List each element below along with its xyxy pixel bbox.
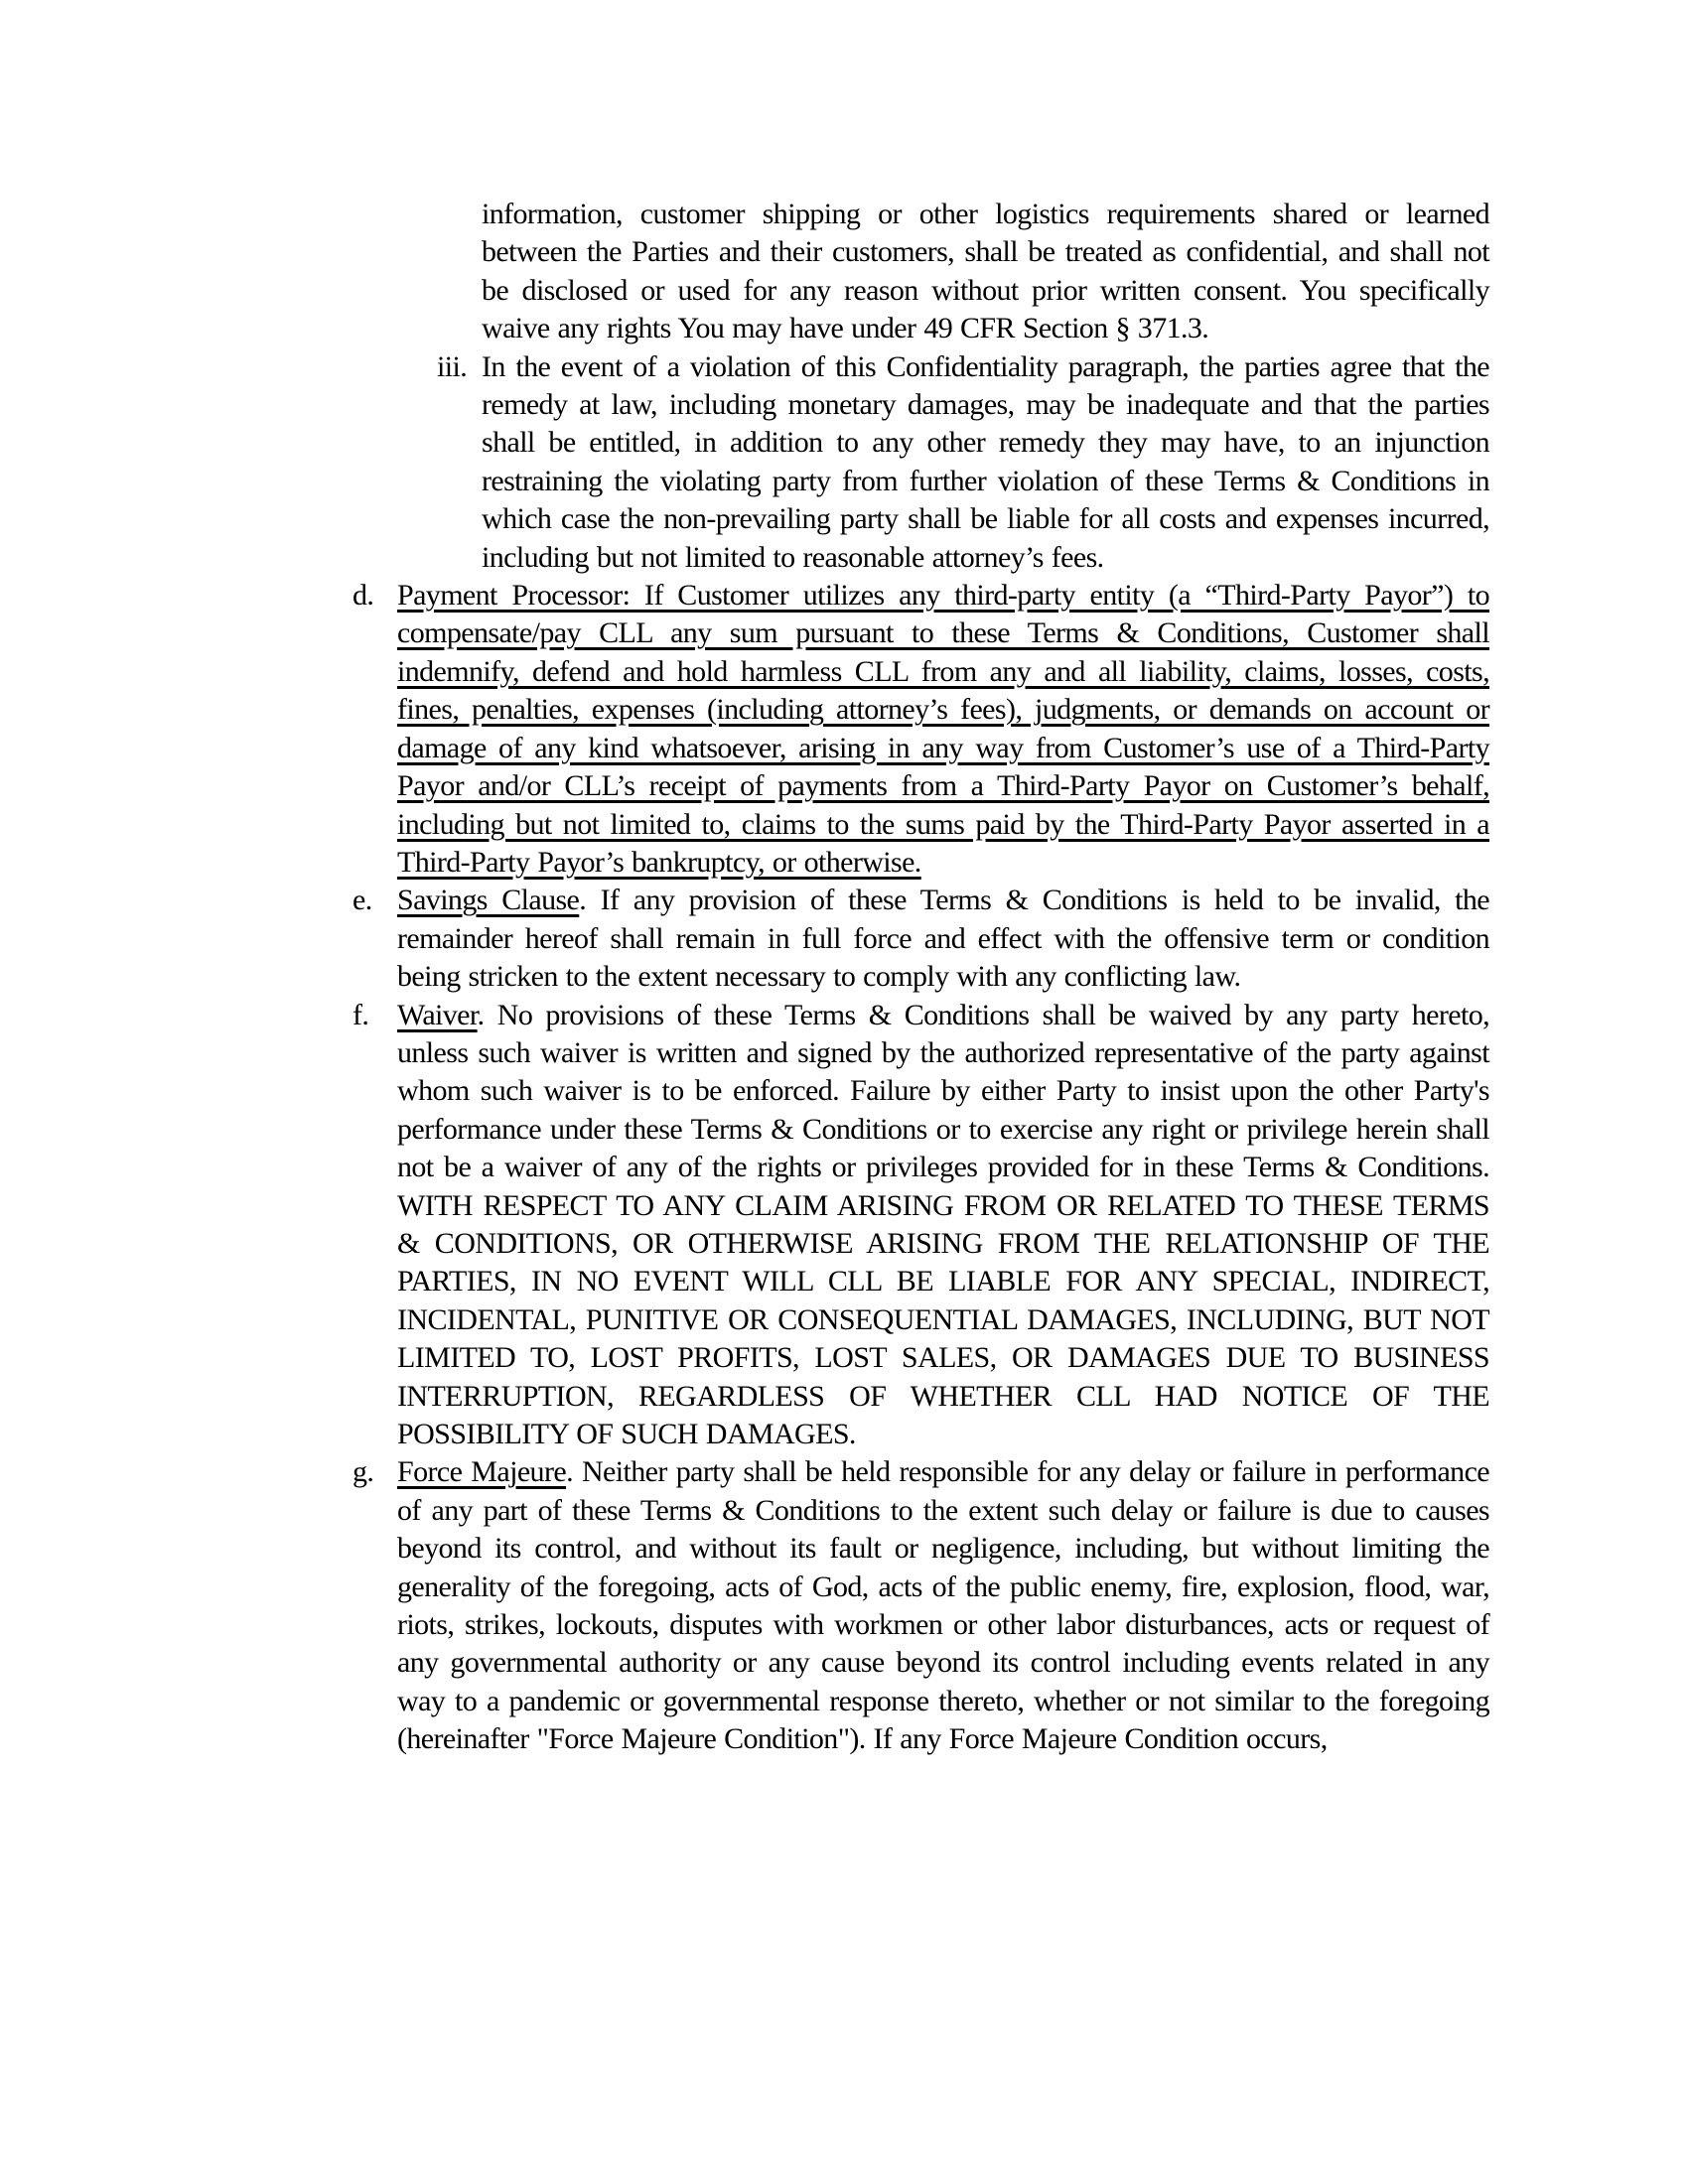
list-item-iii: iii.In the event of a violation of this … — [482, 348, 1489, 577]
paragraph-text: In the event of a violation of this Conf… — [482, 350, 1489, 574]
paragraph-continuation: information, customer shipping or other … — [482, 196, 1489, 348]
paragraph-text: Payment Processor: If Customer utilizes … — [397, 579, 1489, 879]
paragraph-text: . Neither party shall be held responsibl… — [397, 1455, 1489, 1755]
list-item-f: f.Waiver. No provisions of these Terms &… — [397, 997, 1489, 1454]
paragraph-text: information, customer shipping or other … — [482, 198, 1489, 344]
document-page: information, customer shipping or other … — [0, 0, 1688, 2184]
document-body: information, customer shipping or other … — [0, 196, 1489, 1759]
list-item-label: g. — [352, 1453, 373, 1491]
list-item-label: d. — [352, 577, 373, 614]
section-heading: Force Majeure — [397, 1455, 566, 1488]
list-item-e: e.Savings Clause. If any provision of th… — [397, 882, 1489, 996]
list-item-d: d.Payment Processor: If Customer utilize… — [397, 577, 1489, 882]
list-item-label: e. — [352, 882, 372, 919]
list-item-g: g.Force Majeure. Neither party shall be … — [397, 1453, 1489, 1758]
paragraph-text: . No provisions of these Terms & Conditi… — [397, 999, 1489, 1450]
section-heading: Savings Clause — [397, 884, 579, 916]
section-heading: Waiver — [397, 999, 478, 1031]
list-item-label: iii. — [437, 348, 467, 386]
list-item-label: f. — [352, 997, 368, 1034]
